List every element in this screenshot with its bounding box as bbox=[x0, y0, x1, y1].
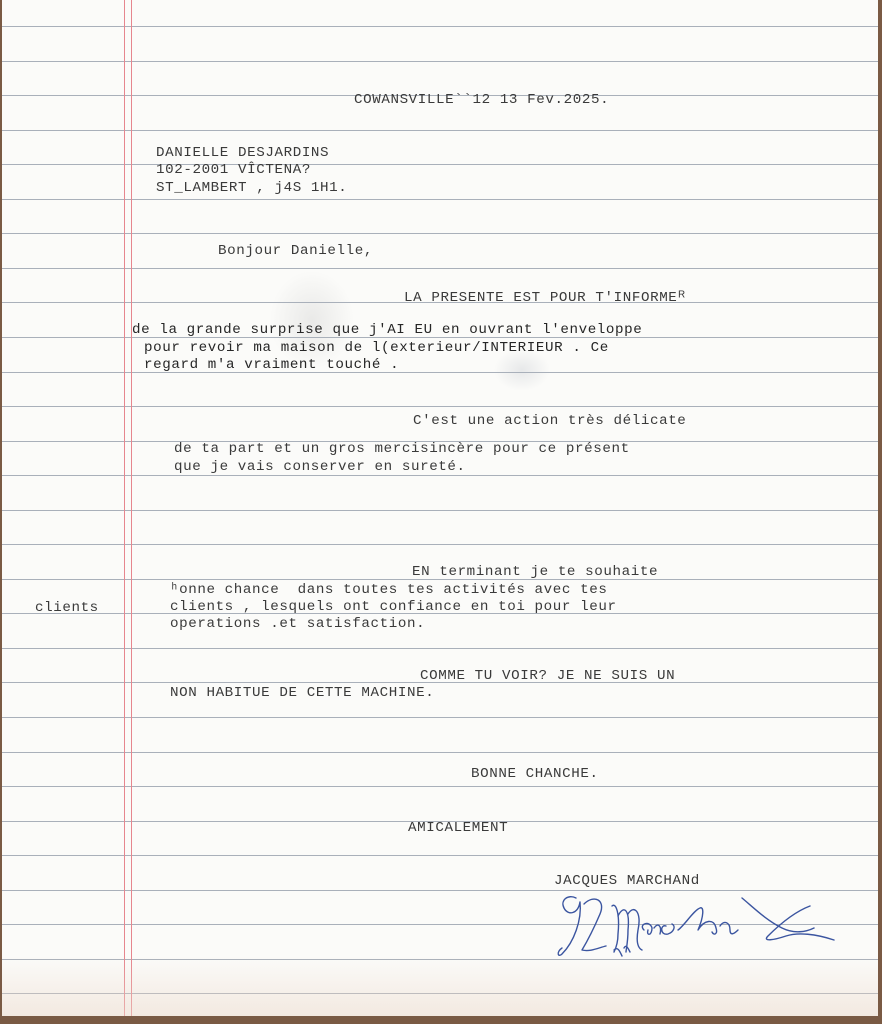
body-line: operations .et satisfaction. bbox=[170, 616, 425, 633]
ruled-line bbox=[2, 164, 878, 165]
ruled-line bbox=[2, 26, 878, 27]
signature-name: JACQUES MARCHANd bbox=[554, 873, 700, 890]
body-line: EN terminant je te souhaite bbox=[412, 564, 658, 581]
ruled-line bbox=[2, 786, 878, 787]
ruled-line bbox=[2, 199, 878, 200]
recipient-address-line1: 102-2001 VÎCTENA? bbox=[156, 162, 311, 179]
ruled-line bbox=[2, 61, 878, 62]
ruled-line bbox=[2, 855, 878, 856]
body-line: NON HABITUE DE CETTE MACHINE. bbox=[170, 685, 434, 702]
body-line: C'est une action très délicate bbox=[413, 413, 686, 430]
place-date: COWANSVILLE``12 13 Fev.2025. bbox=[354, 92, 609, 109]
closing-salutation: AMICALEMENT bbox=[408, 820, 508, 837]
body-line: LA PRESENTE EST POUR T'INFORMEᴿ bbox=[404, 290, 687, 307]
margin-line-left bbox=[124, 0, 125, 1016]
body-line: regard m'a vraiment touché . bbox=[144, 357, 399, 374]
margin-note: clients bbox=[35, 600, 99, 617]
ruled-line bbox=[2, 233, 878, 234]
recipient-name: DANIELLE DESJARDINS bbox=[156, 145, 329, 162]
letter-page: COWANSVILLE``12 13 Fev.2025. DANIELLE DE… bbox=[2, 0, 878, 1016]
ruled-line bbox=[2, 510, 878, 511]
ruled-lines bbox=[2, 0, 878, 1016]
body-line: COMME TU VOIR? JE NE SUIS UN bbox=[420, 668, 675, 685]
body-line: de ta part et un gros mercisincère pour … bbox=[174, 441, 630, 458]
ruled-line bbox=[2, 406, 878, 407]
ruled-line bbox=[2, 372, 878, 373]
signature-handwritten bbox=[554, 890, 844, 960]
ruled-line bbox=[2, 717, 878, 718]
body-line: clients , lesquels ont confiance en toi … bbox=[170, 599, 617, 616]
body-line: que je vais conserver en sureté. bbox=[174, 459, 466, 476]
closing-wish: BONNE CHANCHE. bbox=[471, 766, 599, 783]
ruled-line bbox=[2, 648, 878, 649]
page-shadow bbox=[2, 956, 878, 1016]
margin-line-right bbox=[131, 0, 132, 1016]
recipient-address-line2: ST_LAMBERT , j4S 1H1. bbox=[156, 180, 347, 197]
greeting: Bonjour Danielle, bbox=[218, 243, 373, 260]
body-line: de la grande surprise que j'AI EU en ouv… bbox=[132, 322, 642, 339]
ruled-line bbox=[2, 752, 878, 753]
body-line: ʰonne chance dans toutes tes activités a… bbox=[170, 582, 607, 599]
ruled-line bbox=[2, 130, 878, 131]
ruled-line bbox=[2, 544, 878, 545]
ruled-line bbox=[2, 268, 878, 269]
body-line: pour revoir ma maison de l(exterieur/INT… bbox=[144, 340, 609, 357]
